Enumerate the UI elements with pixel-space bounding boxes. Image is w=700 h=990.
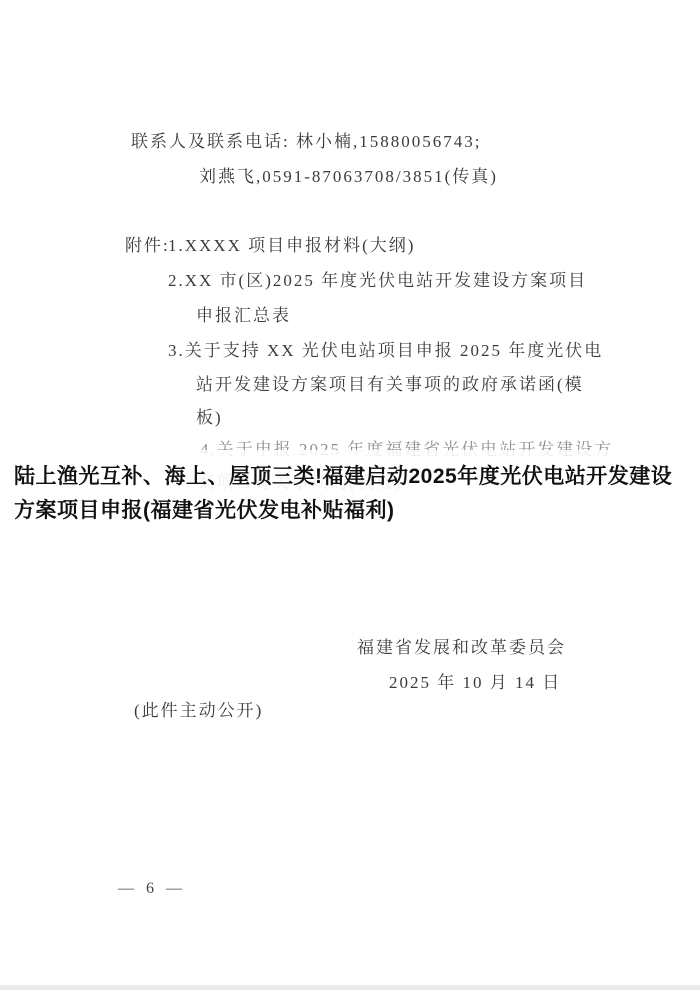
news-caption-overlay: 陆上渔光互补、海上、屋顶三类!福建启动2025年度光伏电站开发建设 方案项目申报… [0,450,700,538]
contact-line-1: 联系人及联系电话: 林小楠,15880056743; [131,131,481,153]
issue-date: 2025 年 10 月 14 日 [389,672,561,694]
attachments-label: 附件: [125,235,170,257]
attachment-item-3-line-3: 板) [196,407,223,429]
disclosure-note: (此件主动公开) [134,700,263,722]
scanned-document-page: 联系人及联系电话: 林小楠,15880056743; 刘燕飞,0591-8706… [0,0,700,990]
attachment-item-2-line-2: 申报汇总表 [196,305,291,327]
issuing-agency: 福建省发展和改革委员会 [357,637,566,659]
attachment-item-1-line-1: 1.XXXX 项目申报材料(大纲) [168,235,415,257]
caption-line-2: 方案项目申报(福建省光伏发电补贴福利) [14,494,395,524]
attachment-item-2-line-1: 2.XX 市(区)2025 年度光伏电站开发建设方案项目 [168,270,587,292]
attachment-item-3-line-2: 站开发建设方案项目有关事项的政府承诺函(模 [196,374,584,396]
footer-bar [0,985,700,990]
page-number: — 6 — [118,880,186,898]
attachment-item-3-line-1: 3.关于支持 XX 光伏电站项目申报 2025 年度光伏电 [168,340,603,362]
caption-line-1: 陆上渔光互补、海上、屋顶三类!福建启动2025年度光伏电站开发建设 [14,460,672,490]
contact-line-2: 刘燕飞,0591-87063708/3851(传真) [199,166,498,188]
